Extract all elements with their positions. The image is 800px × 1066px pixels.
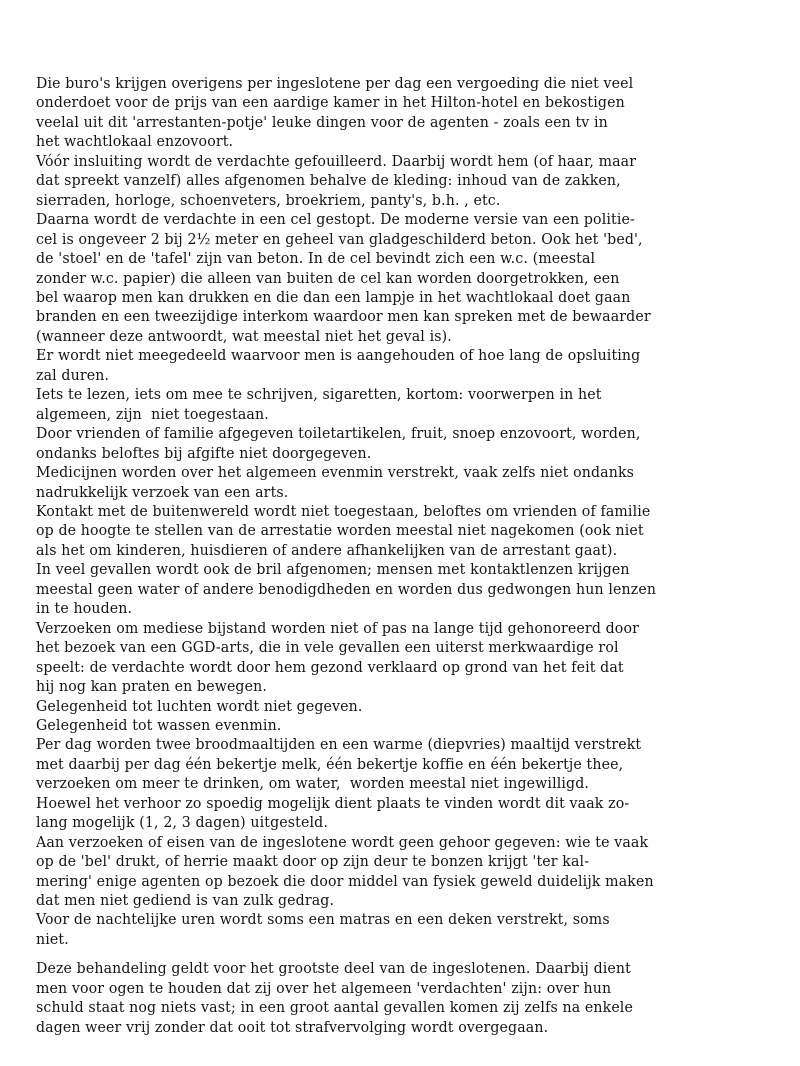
- text-line: in te houden.: [36, 599, 780, 618]
- text-line: Door vrienden of familie afgegeven toile…: [36, 424, 780, 443]
- text-line: Aan verzoeken of eisen van de ingesloten…: [36, 833, 780, 852]
- paragraph: Gelegenheid tot wassen evenmin.: [36, 716, 780, 735]
- text-line: dat men niet gediend is van zulk gedrag.: [36, 891, 780, 910]
- text-line: In veel gevallen wordt ook de bril afgen…: [36, 560, 780, 579]
- text-line: als het om kinderen, huisdieren of ander…: [36, 541, 780, 560]
- text-line: Verzoeken om mediese bijstand worden nie…: [36, 619, 780, 638]
- text-line: Die buro's krijgen overigens per ingeslo…: [36, 74, 780, 93]
- text-line: bel waarop men kan drukken en die dan ee…: [36, 288, 780, 307]
- text-line: Gelegenheid tot wassen evenmin.: [36, 716, 780, 735]
- document-page: Die buro's krijgen overigens per ingeslo…: [36, 74, 780, 1037]
- paragraph: Gelegenheid tot luchten wordt niet gegev…: [36, 697, 780, 716]
- text-line: Vóór insluiting wordt de verdachte gefou…: [36, 152, 780, 171]
- text-line: lang mogelijk (1, 2, 3 dagen) uitgesteld…: [36, 813, 780, 832]
- text-line: meestal geen water of andere benodigdhed…: [36, 580, 780, 599]
- text-line: zal duren.: [36, 366, 780, 385]
- paragraph: Per dag worden twee broodmaaltijden en e…: [36, 735, 780, 793]
- paragraph-gap: [36, 949, 780, 959]
- text-line: men voor ogen te houden dat zij over het…: [36, 979, 780, 998]
- closing-paragraph: Deze behandeling geldt voor het grootste…: [36, 959, 780, 1037]
- text-line: Medicijnen worden over het algemeen even…: [36, 463, 780, 482]
- text-line: onderdoet voor de prijs van een aardige …: [36, 93, 780, 112]
- text-line: verzoeken om meer te drinken, om water, …: [36, 774, 780, 793]
- text-line: sierraden, horloge, schoenveters, broekr…: [36, 191, 780, 210]
- text-line: niet.: [36, 930, 780, 949]
- text-line: branden en een tweezijdige interkom waar…: [36, 307, 780, 326]
- text-line: dat spreekt vanzelf) alles afgenomen beh…: [36, 171, 780, 190]
- paragraph: Iets te lezen, iets om mee te schrijven,…: [36, 385, 780, 424]
- paragraph: Kontakt met de buitenwereld wordt niet t…: [36, 502, 780, 560]
- text-line: met daarbij per dag één bekertje melk, é…: [36, 755, 780, 774]
- text-line: cel is ongeveer 2 bij 2½ meter en geheel…: [36, 230, 780, 249]
- text-line: zonder w.c. papier) die alleen van buite…: [36, 269, 780, 288]
- document-body: Die buro's krijgen overigens per ingeslo…: [36, 74, 780, 949]
- text-line: mering' enige agenten op bezoek die door…: [36, 872, 780, 891]
- text-line: Iets te lezen, iets om mee te schrijven,…: [36, 385, 780, 404]
- paragraph: Aan verzoeken of eisen van de ingesloten…: [36, 833, 780, 911]
- text-line: veelal uit dit 'arrestanten-potje' leuke…: [36, 113, 780, 132]
- text-line: ondanks beloftes bij afgifte niet doorge…: [36, 444, 780, 463]
- paragraph: Er wordt niet meegedeeld waarvoor men is…: [36, 346, 780, 385]
- text-line: Er wordt niet meegedeeld waarvoor men is…: [36, 346, 780, 365]
- text-line: Kontakt met de buitenwereld wordt niet t…: [36, 502, 780, 521]
- paragraph: Daarna wordt de verdachte in een cel ges…: [36, 210, 780, 346]
- text-line: (wanneer deze antwoordt, wat meestal nie…: [36, 327, 780, 346]
- paragraph: In veel gevallen wordt ook de bril afgen…: [36, 560, 780, 618]
- paragraph: Medicijnen worden over het algemeen even…: [36, 463, 780, 502]
- text-line: algemeen, zijn niet toegestaan.: [36, 405, 780, 424]
- text-line: Voor de nachtelijke uren wordt soms een …: [36, 910, 780, 929]
- paragraph: Door vrienden of familie afgegeven toile…: [36, 424, 780, 463]
- text-line: Per dag worden twee broodmaaltijden en e…: [36, 735, 780, 754]
- paragraph: Hoewel het verhoor zo spoedig mogelijk d…: [36, 794, 780, 833]
- text-line: Gelegenheid tot luchten wordt niet gegev…: [36, 697, 780, 716]
- text-line: schuld staat nog niets vast; in een groo…: [36, 998, 780, 1017]
- text-line: speelt: de verdachte wordt door hem gezo…: [36, 658, 780, 677]
- text-line: het bezoek van een GGD-arts, die in vele…: [36, 638, 780, 657]
- paragraph: Verzoeken om mediese bijstand worden nie…: [36, 619, 780, 697]
- text-line: Hoewel het verhoor zo spoedig mogelijk d…: [36, 794, 780, 813]
- paragraph: Voor de nachtelijke uren wordt soms een …: [36, 910, 780, 949]
- text-line: het wachtlokaal enzovoort.: [36, 132, 780, 151]
- paragraph: Vóór insluiting wordt de verdachte gefou…: [36, 152, 780, 210]
- text-line: op de hoogte te stellen van de arrestati…: [36, 521, 780, 540]
- text-line: nadrukkelijk verzoek van een arts.: [36, 483, 780, 502]
- paragraph: Die buro's krijgen overigens per ingeslo…: [36, 74, 780, 152]
- text-line: de 'stoel' en de 'tafel' zijn van beton.…: [36, 249, 780, 268]
- text-line: op de 'bel' drukt, of herrie maakt door …: [36, 852, 780, 871]
- text-line: hij nog kan praten en bewegen.: [36, 677, 780, 696]
- text-line: dagen weer vrij zonder dat ooit tot stra…: [36, 1018, 780, 1037]
- text-line: Deze behandeling geldt voor het grootste…: [36, 959, 780, 978]
- text-line: Daarna wordt de verdachte in een cel ges…: [36, 210, 780, 229]
